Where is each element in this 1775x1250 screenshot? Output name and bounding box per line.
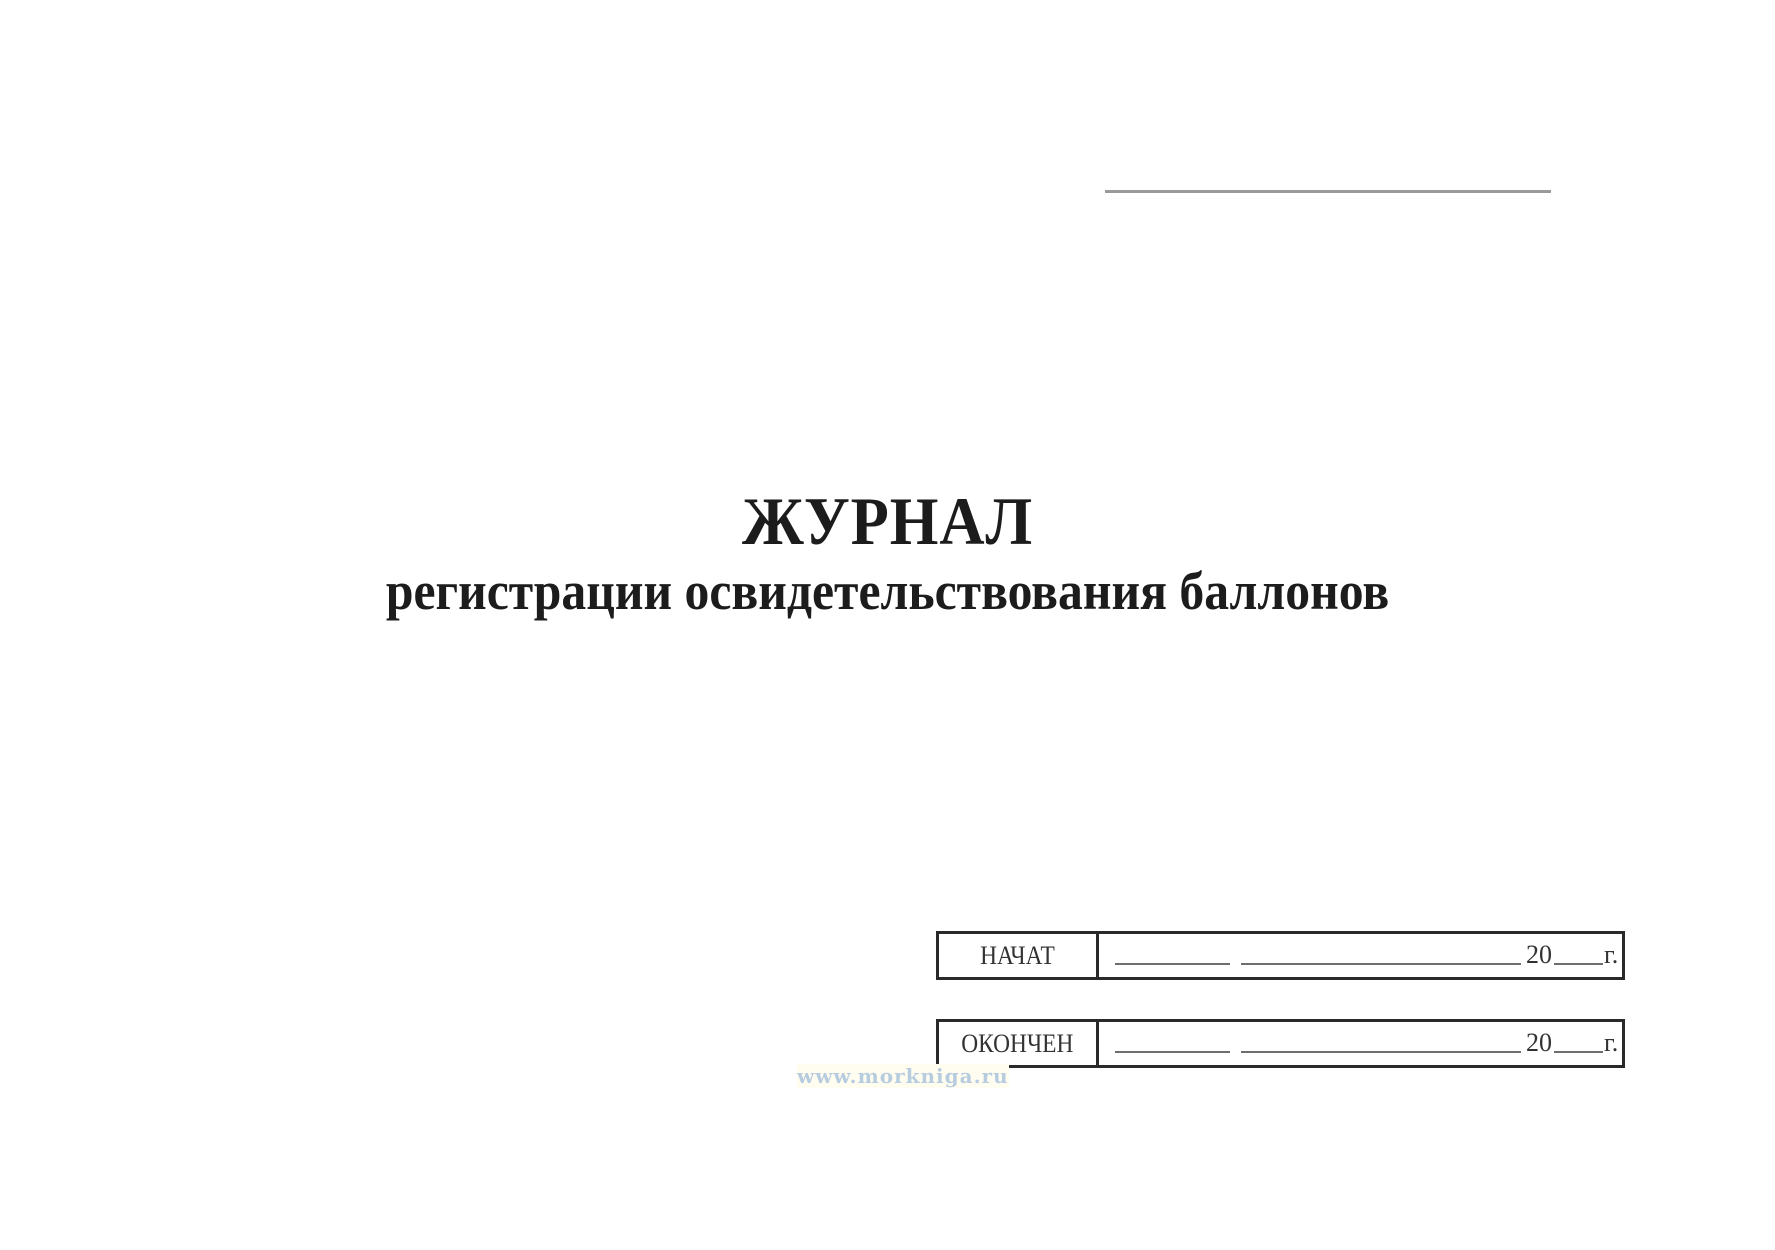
year-prefix: 20 <box>1526 1030 1552 1056</box>
start-date-field[interactable]: 20 г. <box>1099 934 1622 977</box>
end-date-label: ОКОНЧЕН <box>939 1022 1099 1065</box>
start-date-label: НАЧАТ <box>939 934 1099 977</box>
month-blank[interactable] <box>1241 1051 1521 1053</box>
page-subtitle: регистрации освидетельствования баллонов <box>71 560 1704 622</box>
start-date-box: НАЧАТ 20 г. <box>936 931 1625 980</box>
year-blank[interactable] <box>1554 963 1603 965</box>
day-blank[interactable] <box>1115 1051 1230 1053</box>
watermark: www.morkniga.ru <box>797 1064 1009 1088</box>
end-date-field[interactable]: 20 г. <box>1099 1022 1622 1065</box>
year-suffix: г. <box>1604 942 1618 968</box>
organization-name-line <box>1105 190 1551 193</box>
year-suffix: г. <box>1604 1030 1618 1056</box>
month-blank[interactable] <box>1241 963 1521 965</box>
year-prefix: 20 <box>1526 942 1552 968</box>
page-title: ЖУРНАЛ <box>71 482 1704 561</box>
end-date-box: ОКОНЧЕН 20 г. <box>936 1019 1625 1068</box>
year-blank[interactable] <box>1554 1051 1603 1053</box>
day-blank[interactable] <box>1115 963 1230 965</box>
